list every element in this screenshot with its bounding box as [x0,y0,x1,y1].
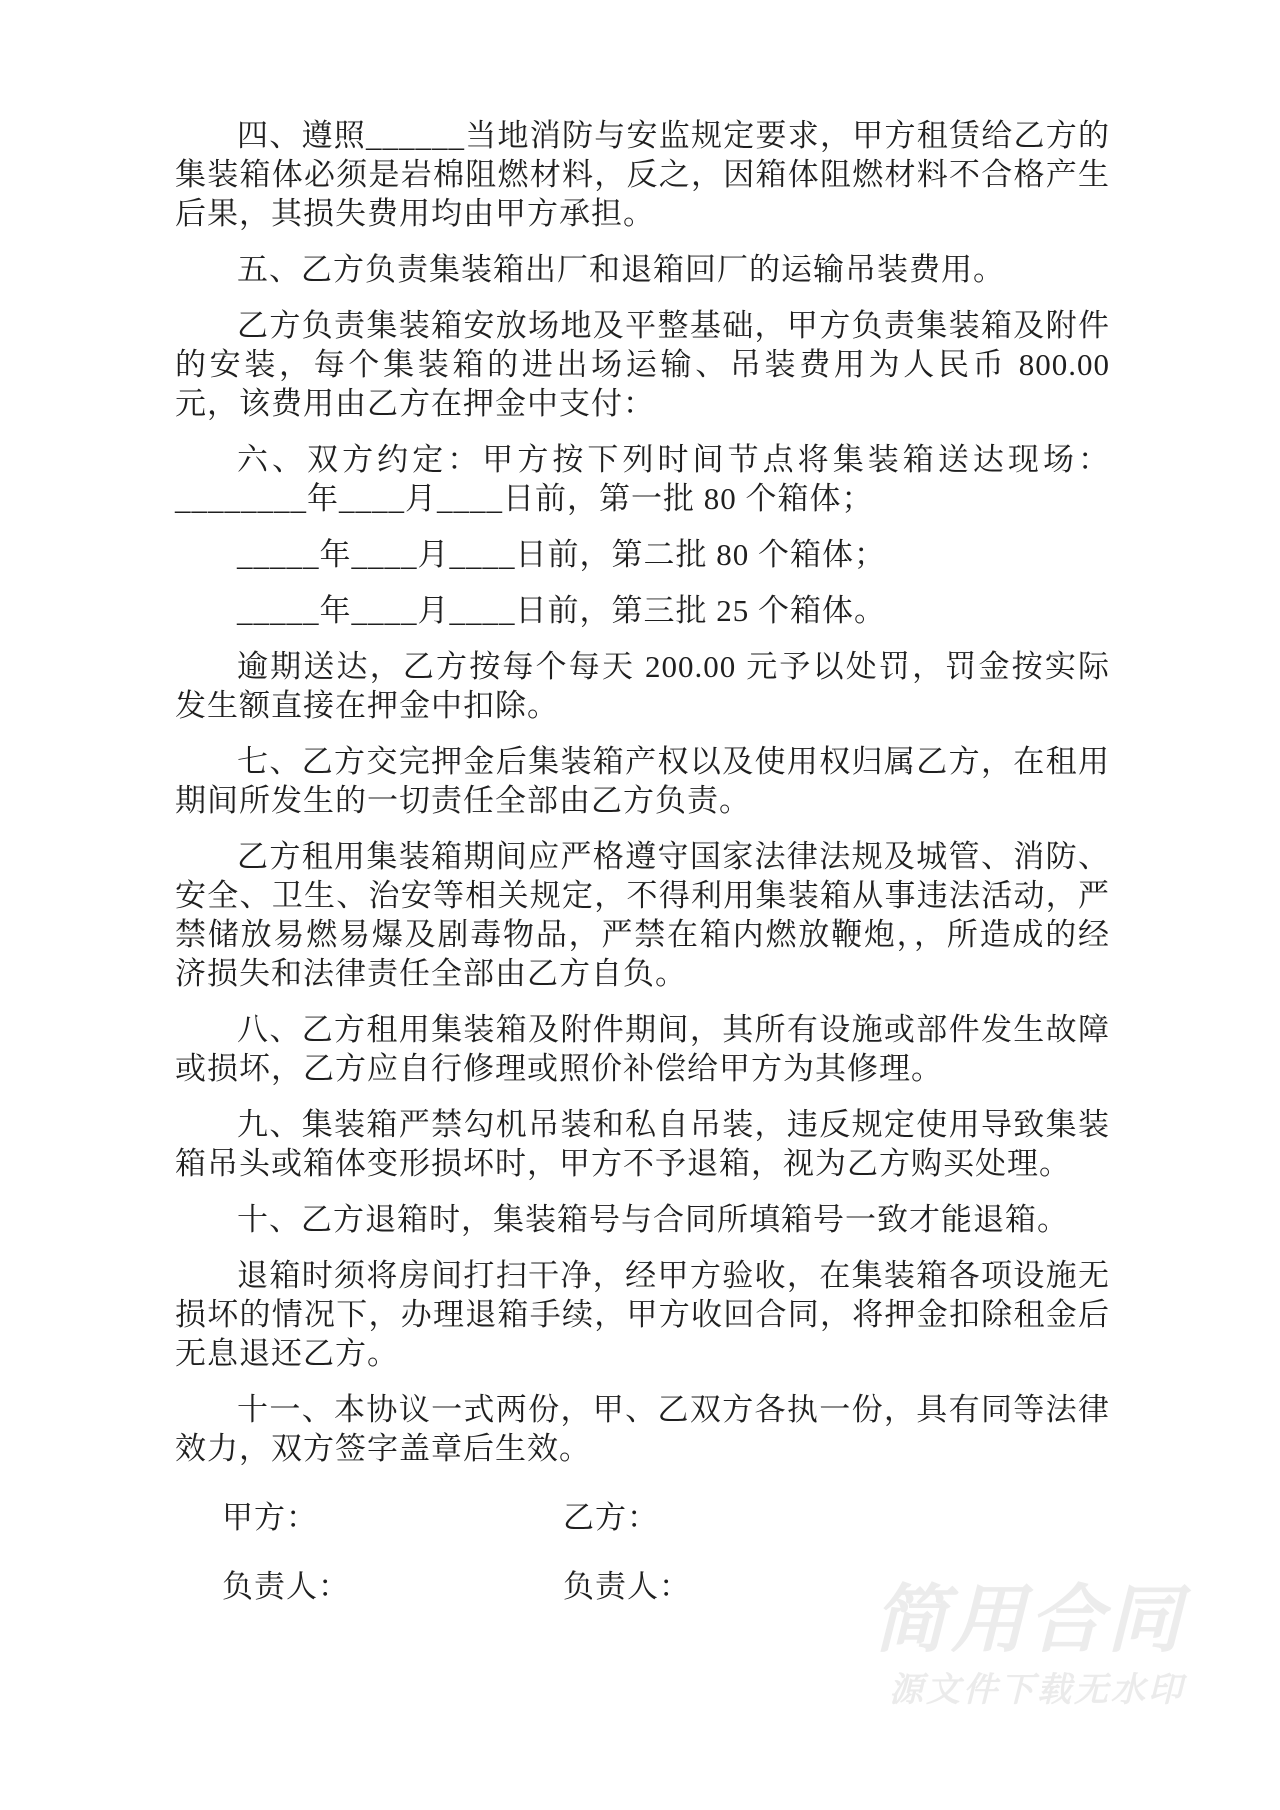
responsible-b-label: 负责人： [563,1567,691,1606]
clause-6-batch-1: 六、双方约定：甲方按下列时间节点将集装箱送达现场： ________年____月… [175,440,1110,518]
clause-11: 十一、本协议一式两份，甲、乙双方各执一份，具有同等法律效力，双方签字盖章后生效。 [175,1390,1110,1468]
signature-row-responsible: 负责人： 负责人： [175,1567,1110,1606]
clause-5: 五、乙方负责集装箱出厂和退箱回厂的运输吊装费用。 [175,250,1110,289]
responsible-a-label: 负责人： [222,1567,563,1606]
contract-page: 四、遵照______当地消防与安监规定要求，甲方租赁给乙方的集装箱体必须是岩棉阻… [0,0,1280,1810]
clause-9: 九、集装箱严禁勾机吊装和私自吊装，违反规定使用导致集装箱吊头或箱体变形损坏时，甲… [175,1105,1110,1183]
clause-7: 七、乙方交完押金后集装箱产权以及使用权归属乙方，在租用期间所发生的一切责任全部由… [175,742,1110,820]
clause-8: 八、乙方租用集装箱及附件期间，其所有设施或部件发生故障或损坏，乙方应自行修理或照… [175,1010,1110,1088]
watermark-subtitle: 源文件下载无水印 [765,1670,1185,1710]
clause-10-detail: 退箱时须将房间打扫干净，经甲方验收，在集装箱各项设施无损坏的情况下，办理退箱手续… [175,1256,1110,1373]
clause-6-batch-2: _____年____月____日前，第二批 80 个箱体； [175,535,1110,574]
clause-5-detail: 乙方负责集装箱安放场地及平整基础，甲方负责集装箱及附件的安装，每个集装箱的进出场… [175,306,1110,423]
clause-7-detail: 乙方租用集装箱期间应严格遵守国家法律法规及城管、消防、安全、卫生、治安等相关规定… [175,837,1110,993]
party-a-label: 甲方： [222,1498,563,1537]
party-b-label: 乙方： [563,1498,659,1537]
clause-4: 四、遵照______当地消防与安监规定要求，甲方租赁给乙方的集装箱体必须是岩棉阻… [175,116,1110,233]
clause-10: 十、乙方退箱时，集装箱号与合同所填箱号一致才能退箱。 [175,1200,1110,1239]
signature-row-parties: 甲方： 乙方： [175,1498,1110,1537]
contract-body: 四、遵照______当地消防与安监规定要求，甲方租赁给乙方的集装箱体必须是岩棉阻… [175,116,1110,1606]
clause-6-batch-3: _____年____月____日前，第三批 25 个箱体。 [175,591,1110,630]
clause-6-penalty: 逾期送达，乙方按每个每天 200.00 元予以处罚，罚金按实际发生额直接在押金中… [175,647,1110,725]
